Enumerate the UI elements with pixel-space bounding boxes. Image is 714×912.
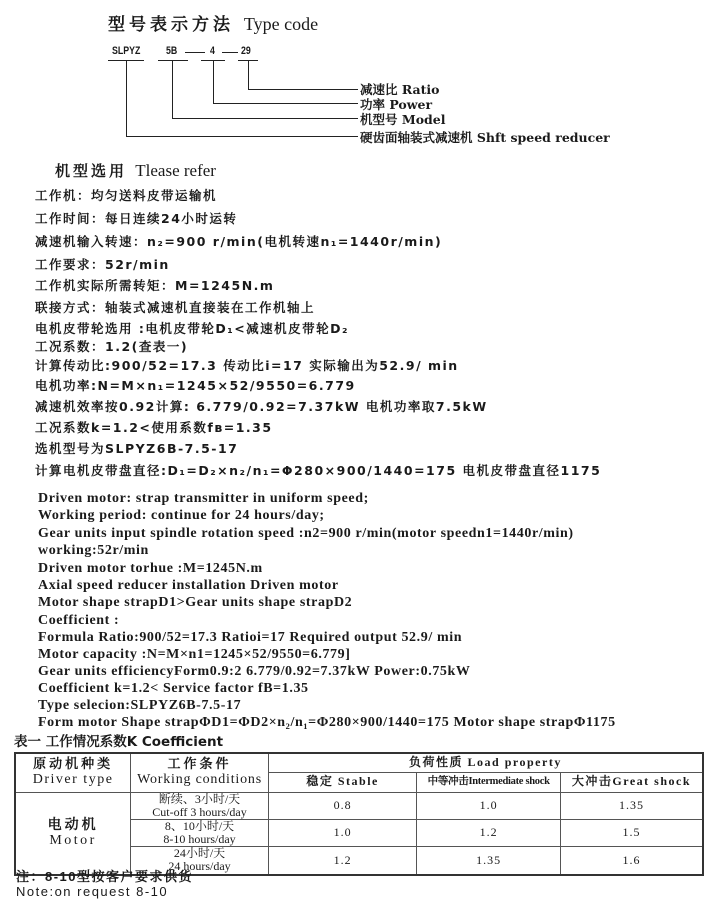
cn-line: 电机皮带轮选用 :电机皮带轮D₁<减速机皮带轮D₂ [35, 319, 349, 337]
header-working-cond-en: Working conditions [131, 772, 268, 787]
value-great: 1.35 [560, 792, 703, 819]
underline-model [158, 60, 188, 61]
cn-line: 选机型号为SLPYZ6B-7.5-17 [35, 439, 238, 457]
header-intermediate-shock: 中等冲击Intermediate shock [417, 772, 561, 792]
dash-separator [222, 52, 238, 53]
condition-cn: 断续、3小时/天 [131, 793, 268, 806]
leader-power-h [213, 103, 358, 104]
en-line: Form motor Shape strapΦD1=ΦD2×n₂/n₁=Φ280… [38, 715, 616, 731]
type-code-title-cn: 型号表示方法 [108, 15, 234, 35]
en-line: Coefficient k=1.2< Service factor fB=1.3… [38, 681, 309, 697]
header-working-conditions: 工作条件 Working conditions [131, 753, 269, 792]
leader-model-v [172, 60, 173, 119]
note-cn: 注：8-10型按客户要求供货 [16, 866, 193, 885]
value-great: 1.5 [560, 819, 703, 846]
en-line: Axial speed reducer installation Driven … [38, 578, 339, 594]
header-driver-type-cn: 原动机种类 [16, 758, 130, 772]
note-en: Note:on request 8-10 [16, 884, 168, 899]
driver-motor-cell: 电动机 Motor [15, 792, 131, 875]
value-stable: 0.8 [268, 792, 417, 819]
value-intermediate: 1.35 [417, 847, 561, 875]
label-series: 硬齿面轴装式减速机 Shft speed reducer [360, 128, 610, 146]
cn-line: 工作机实际所需转矩：M=1245N.m [35, 276, 274, 294]
coefficient-table: 原动机种类 Driver type 工作条件 Working condition… [14, 752, 704, 876]
condition-cell: 断续、3小时/天 Cut-off 3 hours/day [131, 792, 269, 819]
code-part-series: SLPYZ [112, 45, 140, 57]
table-row: 电动机 Motor 断续、3小时/天 Cut-off 3 hours/day 0… [15, 792, 703, 819]
header-driver-type: 原动机种类 Driver type [15, 753, 131, 792]
value-stable: 1.0 [268, 819, 417, 846]
en-line: Formula Ratio:900/52=17.3 Ratioi=17 Requ… [38, 630, 462, 646]
en-line: Gear units efficiencyForm0.9:2 6.779/0.9… [38, 664, 471, 680]
header-working-cond-cn: 工作条件 [131, 758, 268, 772]
driver-en: Motor [16, 833, 130, 848]
cn-line: 计算传动比:900/52=17.3 传动比i=17 实际输出为52.9/ min [35, 356, 459, 374]
header-stable: 稳定 Stable [268, 772, 417, 792]
condition-en: 8-10 hours/day [131, 833, 268, 846]
cn-line: 计算电机皮带盘直径:D₁=D₂×n₂/n₁=Φ280×900/1440=175 … [35, 461, 601, 479]
driver-cn: 电动机 [16, 818, 130, 833]
en-line: Gear units input spindle rotation speed … [38, 526, 574, 542]
header-driver-type-en: Driver type [16, 772, 130, 787]
en-line: Driven motor: strap transmitter in unifo… [38, 491, 369, 507]
en-line: Type selecion:SLPYZ6B-7.5-17 [38, 698, 241, 714]
cn-line: 减速机输入转速：n₂=900 r/min(电机转速n₁=1440r/min) [35, 232, 442, 250]
cn-line: 减速机效率按0.92计算: 6.779/0.92=7.37kW 电机功率取7.5… [35, 397, 488, 415]
leader-model-h [172, 118, 358, 119]
type-code-title: 型号表示方法 Type code [108, 10, 318, 35]
dash-separator [185, 52, 205, 53]
selection-title: 机型选用 Tlease refer [55, 160, 216, 181]
leader-ratio-h [248, 89, 358, 90]
leader-series-v [126, 60, 127, 137]
cn-line: 工况系数：1.2(查表一) [35, 337, 188, 355]
cn-line: 工作时间：每日连续24小时运转 [35, 209, 237, 227]
selection-title-en: Tlease refer [135, 161, 216, 180]
en-line: working:52r/min [38, 543, 149, 559]
cn-line: 联接方式：轴装式减速机直接装在工作机轴上 [35, 298, 315, 316]
condition-cell: 8、10小时/天 8-10 hours/day [131, 819, 269, 846]
en-line: Working period: continue for 24 hours/da… [38, 508, 325, 524]
table-caption: 表一 工作情况系数K Coefficient [14, 730, 223, 750]
code-part-power: 4 [210, 45, 215, 57]
en-line: Motor capacity :N=M×n1=1245×52/9550=6.77… [38, 647, 351, 663]
condition-en: Cut-off 3 hours/day [131, 806, 268, 819]
cn-line: 工作要求：52r/min [35, 255, 170, 273]
selection-title-cn: 机型选用 [55, 162, 127, 180]
en-line: Driven motor torhue :M=1245N.m [38, 561, 263, 577]
type-code-title-en: Type code [244, 14, 318, 34]
value-great: 1.6 [560, 847, 703, 875]
header-load-property: 负荷性质 Load property [268, 753, 703, 772]
leader-power-v [213, 60, 214, 104]
value-stable: 1.2 [268, 847, 417, 875]
leader-series-h [126, 136, 358, 137]
cn-line: 工作机：均匀送料皮带运输机 [35, 186, 217, 204]
code-part-ratio: 29 [241, 45, 251, 57]
cn-line: 电机功率:N=M×n₁=1245×52/9550=6.779 [35, 376, 356, 394]
leader-ratio-v [248, 60, 249, 90]
value-intermediate: 1.0 [417, 792, 561, 819]
code-part-model: 5B [166, 45, 177, 57]
value-intermediate: 1.2 [417, 819, 561, 846]
en-line: Motor shape strapD1>Gear units shape str… [38, 595, 352, 611]
cn-line: 工况系数k=1.2<使用系数fʙ=1.35 [35, 418, 273, 436]
header-great-shock: 大冲击Great shock [560, 772, 703, 792]
en-line: Coefficient : [38, 613, 119, 629]
label-model: 机型号 Model [360, 110, 445, 128]
